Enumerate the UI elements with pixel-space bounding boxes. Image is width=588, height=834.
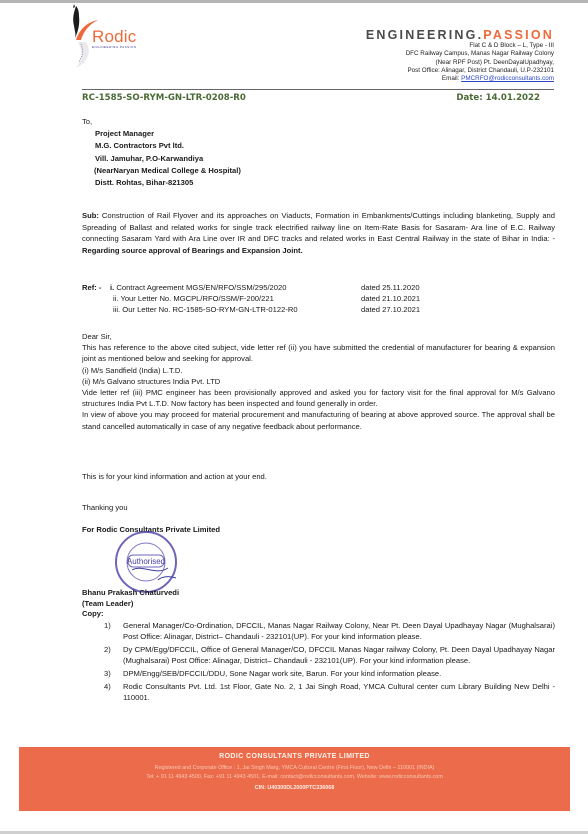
footer-registered-office: Registered and Corporate Office : 1, Jai… (19, 765, 570, 771)
footer-cin: CIN: U40300DL2000PTC336068 (19, 785, 570, 791)
sender-address: Flat C & D Block – L, Type - III DFC Rai… (406, 42, 554, 83)
footer-contact: Tel: + 91 11 4943 4500, Fax: +91 11 4943… (19, 774, 570, 780)
logo-subtext: ENGINEERING.PASSION (92, 45, 136, 49)
signer-block: Bhanu Prakash Chaturvedi (Team Leader) (82, 587, 179, 609)
letter-reference-number: RC-1585-SO-RYM-GN-LTR-0208-R0 (82, 93, 246, 103)
paragraph: Vide letter ref (iii) PMC engineer has b… (82, 387, 555, 409)
manufacturer-item: (i) M/s Sandfield (India) L.T.D. (82, 365, 555, 376)
signer-name: Bhanu Prakash Chaturvedi (82, 587, 179, 598)
paragraph: This has reference to the above cited su… (82, 342, 555, 364)
manufacturer-item: (ii) M/s Galvano structures India Pvt. L… (82, 376, 555, 387)
copy-item: 2)Dy CPM/Egg/DFCCIL, Office of General M… (104, 644, 555, 666)
footer-company: RODIC CONSULTANTS PRIVATE LIMITED (19, 753, 570, 760)
signer-title: (Team Leader) (82, 598, 179, 609)
page-top-border (0, 0, 588, 3)
letter-date: Date: 14.01.2022 (456, 93, 540, 103)
paragraph: In view of above you may proceed for mat… (82, 409, 555, 431)
copy-item: 3)DPM/Engg/SEB/DFCCIL/DDU, Sone Nagar wo… (104, 668, 555, 679)
svg-text:Authorised: Authorised (127, 557, 165, 566)
letter-body: Dear Sir, This has reference to the abov… (82, 331, 555, 432)
copy-label: Copy: (82, 609, 104, 618)
letterhead-footer: RODIC CONSULTANTS PRIVATE LIMITED Regist… (19, 747, 570, 811)
recipient-block: To, Project Manager M.G. Contractors Pvt… (82, 116, 241, 189)
salutation: Dear Sir, (82, 331, 555, 342)
subject: Sub: Construction of Rail Flyover and it… (82, 210, 555, 256)
logo-text: Rodic (92, 27, 136, 47)
copy-list: 1)General Manager/Co-Ordination, DFCCIL,… (104, 620, 555, 705)
closing: Thanking you (82, 503, 128, 512)
email-link[interactable]: PMCRFO@rodicconsultants.com (461, 75, 554, 82)
tagline: ENGINEERING.PASSION (366, 28, 554, 42)
header-divider (82, 89, 554, 90)
info-line: This is for your kind information and ac… (82, 472, 267, 481)
copy-item: 4)Rodic Consultants Pvt. Ltd. 1st Floor,… (104, 681, 555, 703)
copy-item: 1)General Manager/Co-Ordination, DFCCIL,… (104, 620, 555, 642)
